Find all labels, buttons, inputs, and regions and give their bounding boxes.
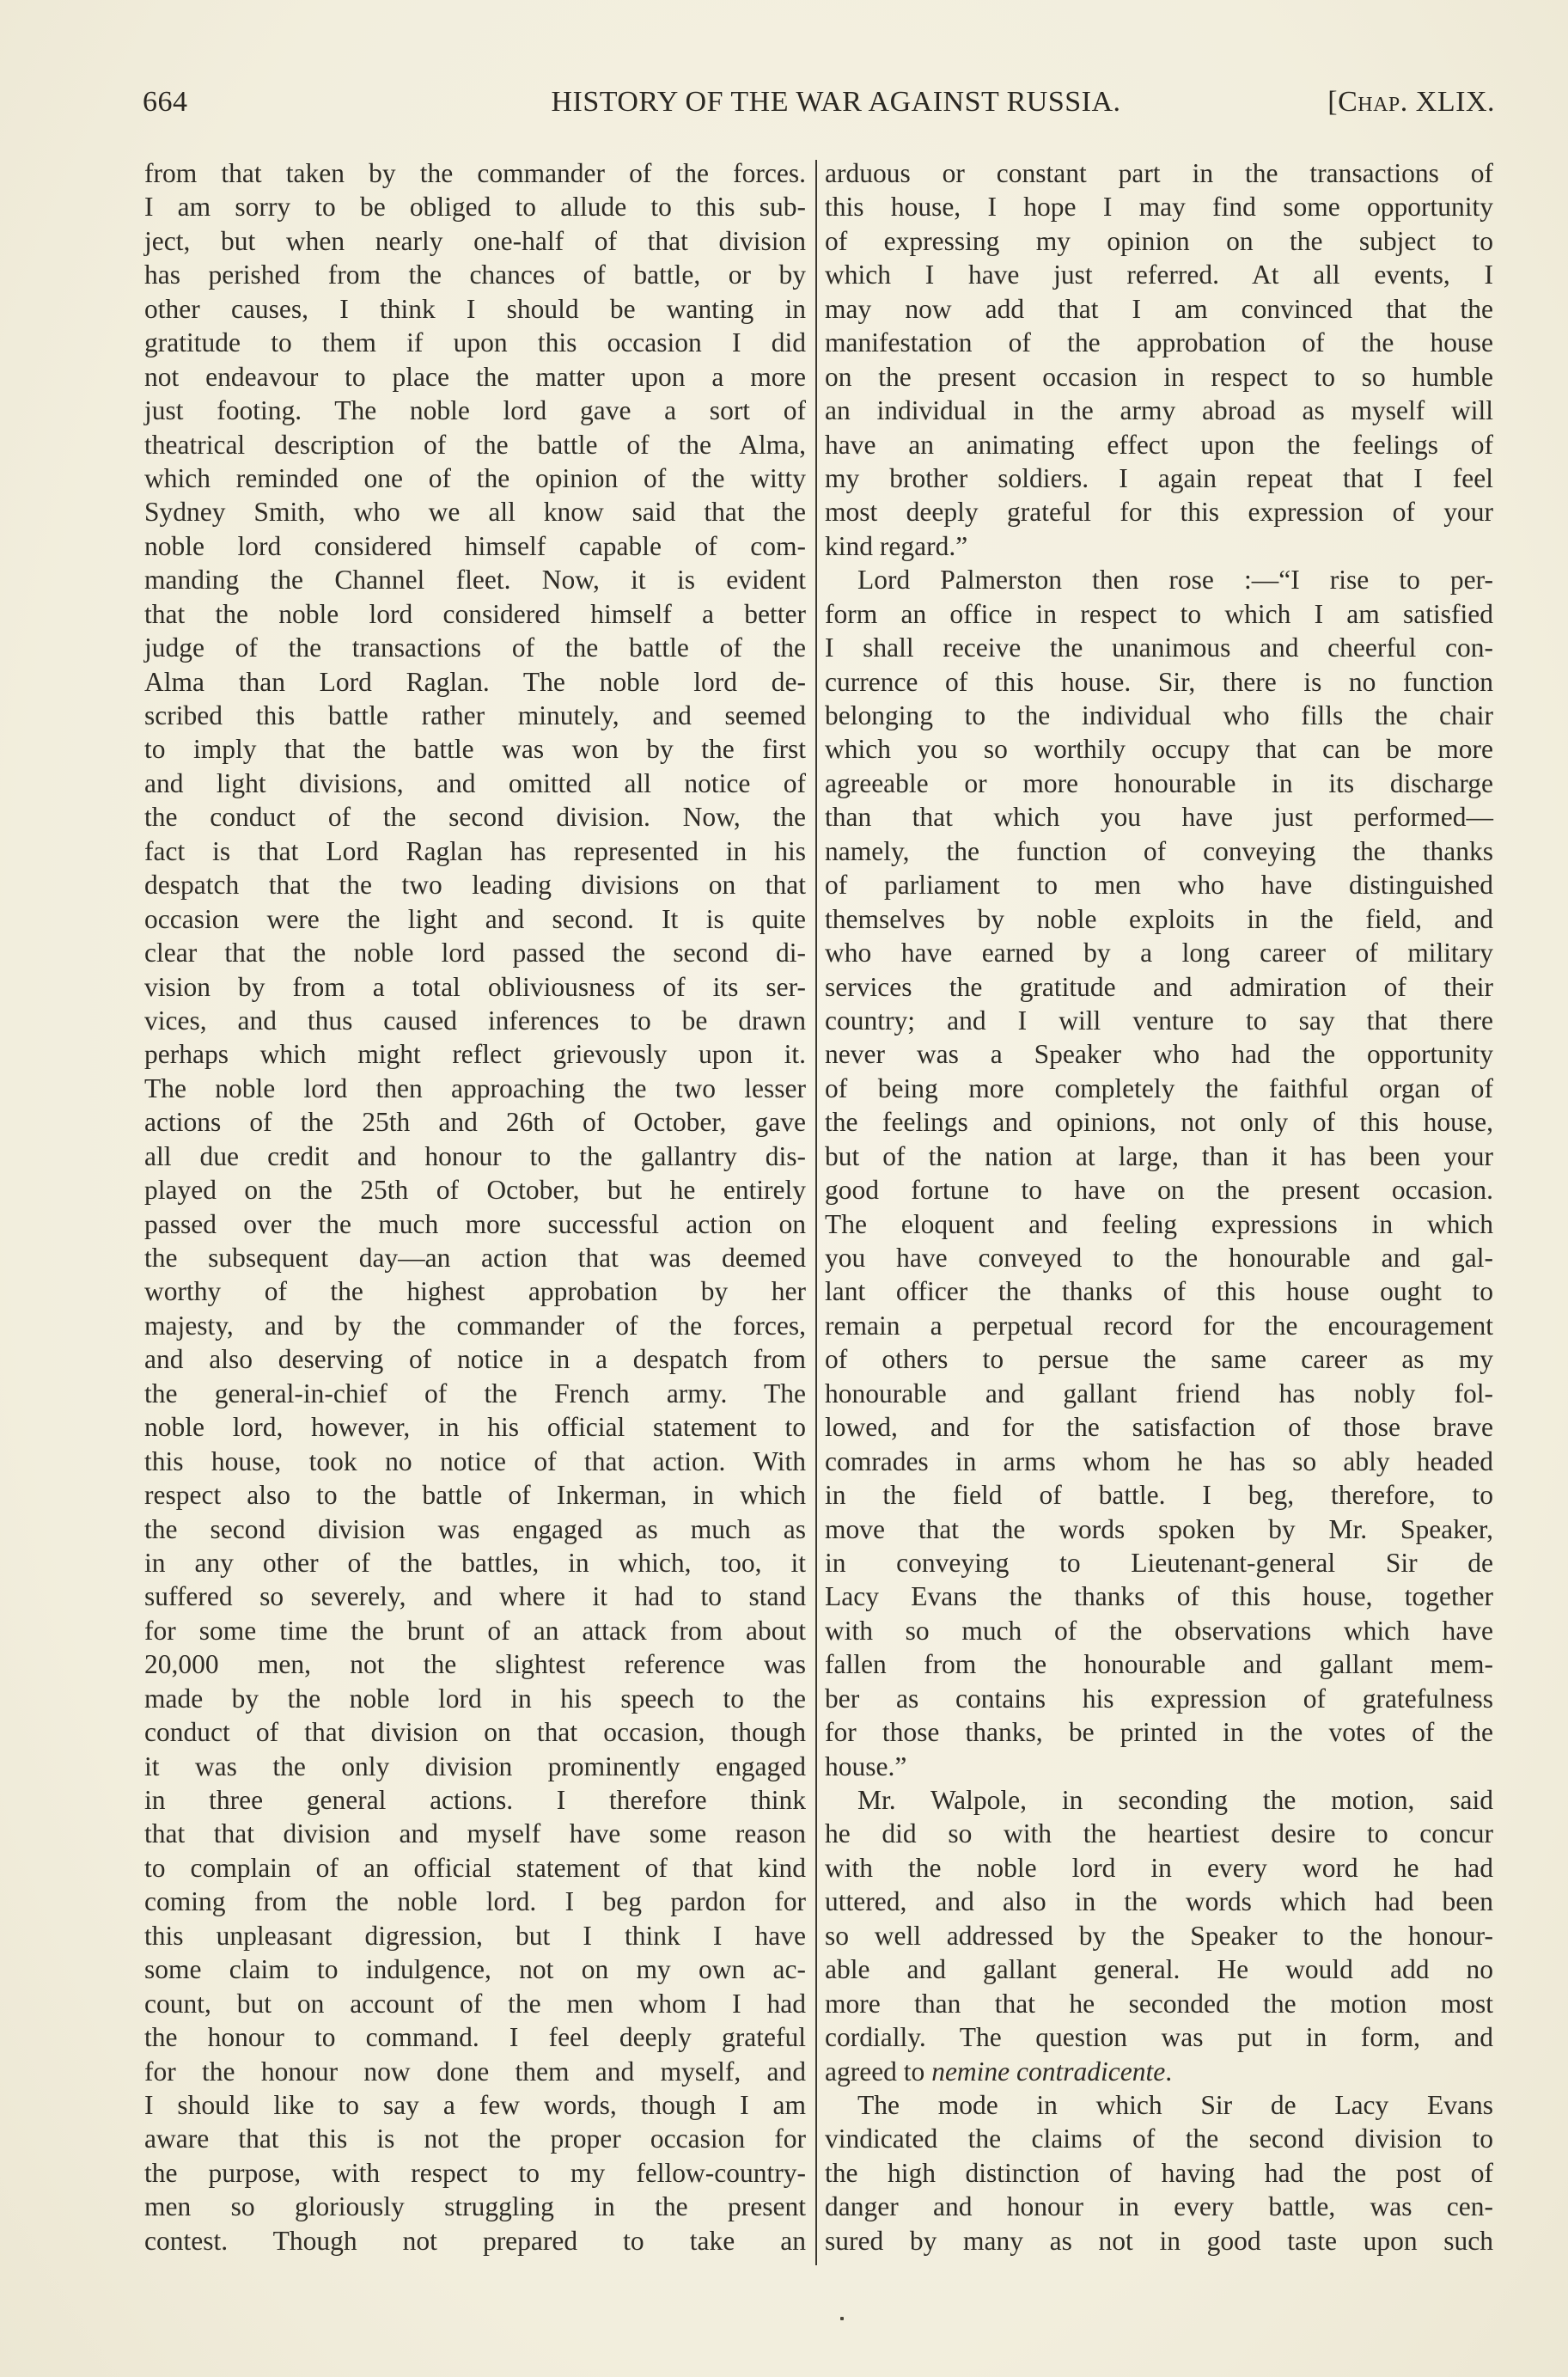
text-line: remain a perpetual record for the encour… <box>825 1309 1493 1342</box>
text-line: all due credit and honour to the gallant… <box>144 1140 806 1173</box>
text-line: other causes, I think I should be wantin… <box>144 292 806 326</box>
text-line: the general-in-chief of the French army.… <box>144 1377 806 1410</box>
text-line: made by the noble lord in his speech to … <box>144 1682 806 1715</box>
text-line: most deeply grateful for this expression… <box>825 495 1493 529</box>
text-line: for some time the brunt of an attack fro… <box>144 1614 806 1647</box>
paragraph-start-line: Lord Palmerston then rose :—“I rise to p… <box>825 563 1493 596</box>
text-line: which I have just referred. At all event… <box>825 258 1493 291</box>
text-line: vision by from a total obliviousness of … <box>144 970 806 1004</box>
text-line: The eloquent and feeling expressions in … <box>825 1207 1493 1241</box>
book-title: HISTORY OF THE WAR AGAINST RUSSIA. <box>143 86 1495 119</box>
column-divider <box>815 160 817 2265</box>
latin-phrase: nemine contradicente <box>931 2056 1165 2087</box>
text-line: actions of the 25th and 26th of October,… <box>144 1105 806 1139</box>
text-line: has perished from the chances of battle,… <box>144 258 806 291</box>
text-line: lowed, and for the satisfaction of those… <box>825 1410 1493 1444</box>
text-line: than that which you have just performed— <box>825 800 1493 834</box>
text-line: themselves by noble exploits in the fiel… <box>825 902 1493 936</box>
text-line: noble lord, however, in his official sta… <box>144 1410 806 1444</box>
text-line: of expressing my opinion on the subject … <box>825 224 1493 258</box>
book-page: 664 HISTORY OF THE WAR AGAINST RUSSIA. [… <box>0 0 1568 2377</box>
text-line: Alma than Lord Raglan. The noble lord de… <box>144 665 806 699</box>
text-line: the conduct of the second division. Now,… <box>144 800 806 834</box>
text-line: never was a Speaker who had the opportun… <box>825 1037 1493 1071</box>
text-line: but of the nation at large, than it has … <box>825 1140 1493 1173</box>
text-line: good fortune to have on the present occa… <box>825 1173 1493 1207</box>
text-line: you have conveyed to the honourable and … <box>825 1241 1493 1274</box>
text-line: ber as contains his expression of gratef… <box>825 1682 1493 1715</box>
text-line: in three general actions. I therefore th… <box>144 1783 806 1817</box>
left-column: from that taken by the commander of the … <box>144 156 806 2258</box>
text-line: my brother soldiers. I again repeat that… <box>825 461 1493 495</box>
text-line: which reminded one of the opinion of the… <box>144 461 806 495</box>
text-line: that that division and myself have some … <box>144 1817 806 1850</box>
text-line: lant officer the thanks of this house ou… <box>825 1274 1493 1308</box>
text-line: so well addressed by the Speaker to the … <box>825 1919 1493 1952</box>
text-line: vindicated the claims of the second divi… <box>825 2122 1493 2155</box>
text-fragment: agreed to <box>825 2056 931 2087</box>
chapter-bracket: [ <box>1327 86 1338 118</box>
text-line: I should like to say a few words, though… <box>144 2088 806 2122</box>
text-line: the high distinction of having had the p… <box>825 2156 1493 2190</box>
text-line: for the honour now done them and myself,… <box>144 2055 806 2088</box>
text-line: this house, took no notice of that actio… <box>144 1445 806 1478</box>
chapter-label: [Chap. XLIX. <box>1327 86 1495 119</box>
text-line: manding the Channel fleet. Now, it is ev… <box>144 563 806 596</box>
text-line: the second division was engaged as much … <box>144 1512 806 1546</box>
text-line: cordially. The question was put in form,… <box>825 2020 1493 2054</box>
text-line: agreeable or more honourable in its disc… <box>825 767 1493 800</box>
text-line: worthy of the highest approbation by her <box>144 1274 806 1308</box>
text-line: fallen from the honourable and gallant m… <box>825 1647 1493 1681</box>
text-line: able and gallant general. He would add n… <box>825 1952 1493 1986</box>
text-line: the subsequent day—an action that was de… <box>144 1241 806 1274</box>
text-line: men so gloriously struggling in the pres… <box>144 2190 806 2223</box>
text-line: to imply that the battle was won by the … <box>144 732 806 766</box>
text-line: Sydney Smith, who we all know said that … <box>144 495 806 529</box>
text-line: more than that he seconded the motion mo… <box>825 1987 1493 2020</box>
text-line: manifestation of the approbation of the … <box>825 326 1493 359</box>
text-line: which you so worthily occupy that can be… <box>825 732 1493 766</box>
running-head: 664 HISTORY OF THE WAR AGAINST RUSSIA. [… <box>143 86 1495 129</box>
text-line: Lacy Evans the thanks of this house, tog… <box>825 1580 1493 1613</box>
text-line: of others to persue the same career as m… <box>825 1342 1493 1376</box>
text-line: the honour to command. I feel deeply gra… <box>144 2020 806 2054</box>
text-line: some claim to indulgence, not on my own … <box>144 1952 806 1986</box>
text-line: ject, but when nearly one-half of that d… <box>144 224 806 258</box>
text-line: I am sorry to be obliged to allude to th… <box>144 190 806 223</box>
text-line: count, but on account of the men whom I … <box>144 1987 806 2020</box>
text-line: uttered, and also in the words which had… <box>825 1885 1493 1918</box>
text-line: gratitude to them if upon this occasion … <box>144 326 806 359</box>
text-line: currence of this house. Sir, there is no… <box>825 665 1493 699</box>
text-line: of being more completely the faithful or… <box>825 1072 1493 1105</box>
text-line: passed over the much more successful act… <box>144 1207 806 1241</box>
text-line: noble lord considered himself capable of… <box>144 529 806 563</box>
text-line: and also deserving of notice in a despat… <box>144 1342 806 1376</box>
text-line: services the gratitude and admiration of… <box>825 970 1493 1004</box>
paragraph-start-line: Mr. Walpole, in seconding the motion, sa… <box>825 1783 1493 1817</box>
text-line: with the noble lord in every word he had <box>825 1851 1493 1885</box>
text-line: to complain of an official statement of … <box>144 1851 806 1885</box>
chapter-number: XLIX. <box>1416 86 1495 118</box>
right-column: arduous or constant part in the transact… <box>825 156 1493 2258</box>
text-line: coming from the noble lord. I beg pardon… <box>144 1885 806 1918</box>
text-line: house.” <box>825 1750 1493 1783</box>
text-line: I shall receive the unanimous and cheerf… <box>825 631 1493 664</box>
text-line: theatrical description of the battle of … <box>144 428 806 461</box>
text-line: aware that this is not the proper occasi… <box>144 2122 806 2155</box>
text-line: country; and I will venture to say that … <box>825 1004 1493 1037</box>
text-line: the feelings and opinions, not only of t… <box>825 1105 1493 1139</box>
text-line: in conveying to Lieutenant-general Sir d… <box>825 1546 1493 1580</box>
text-line: kind regard.” <box>825 529 1493 563</box>
text-line: with so much of the observations which h… <box>825 1614 1493 1647</box>
ink-speck <box>840 2317 844 2320</box>
text-line-with-latin: agreed to nemine contradicente. <box>825 2055 1493 2088</box>
text-line: and light divisions, and omitted all not… <box>144 767 806 800</box>
text-line: he did so with the heartiest desire to c… <box>825 1817 1493 1850</box>
text-line: on the present occasion in respect to so… <box>825 360 1493 394</box>
text-line: The noble lord then approaching the two … <box>144 1072 806 1105</box>
text-line: majesty, and by the commander of the for… <box>144 1309 806 1342</box>
text-line: for those thanks, be printed in the vote… <box>825 1715 1493 1749</box>
text-line: conduct of that division on that occasio… <box>144 1715 806 1749</box>
text-fragment: . <box>1165 2056 1172 2087</box>
text-line: it was the only division prominently eng… <box>144 1750 806 1783</box>
text-line: occasion were the light and second. It i… <box>144 902 806 936</box>
text-line: suffered so severely, and where it had t… <box>144 1580 806 1613</box>
text-line: just footing. The noble lord gave a sort… <box>144 394 806 427</box>
text-line: comrades in arms whom he has so ably hea… <box>825 1445 1493 1478</box>
text-line: this unpleasant digression, but I think … <box>144 1919 806 1952</box>
text-line: in the field of battle. I beg, therefore… <box>825 1478 1493 1512</box>
text-line: the purpose, with respect to my fellow-c… <box>144 2156 806 2190</box>
text-line: not endeavour to place the matter upon a… <box>144 360 806 394</box>
text-line: of parliament to men who have distinguis… <box>825 868 1493 901</box>
text-line: namely, the function of conveying the th… <box>825 834 1493 868</box>
text-line: clear that the noble lord passed the sec… <box>144 936 806 969</box>
text-line: contest. Though not prepared to take an <box>144 2224 806 2258</box>
paragraph-start-line: The mode in which Sir de Lacy Evans <box>825 2088 1493 2122</box>
text-line: honourable and gallant friend has nobly … <box>825 1377 1493 1410</box>
text-line: this house, I hope I may find some oppor… <box>825 190 1493 223</box>
text-line: vices, and thus caused inferences to be … <box>144 1004 806 1037</box>
text-line: who have earned by a long career of mili… <box>825 936 1493 969</box>
text-line: played on the 25th of October, but he en… <box>144 1173 806 1207</box>
text-line: that the noble lord considered himself a… <box>144 597 806 631</box>
text-line: form an office in respect to which I am … <box>825 597 1493 631</box>
text-line: fact is that Lord Raglan has represented… <box>144 834 806 868</box>
text-line: sured by many as not in good taste upon … <box>825 2224 1493 2258</box>
text-line: move that the words spoken by Mr. Speake… <box>825 1512 1493 1546</box>
text-line: scribed this battle rather minutely, and… <box>144 699 806 732</box>
text-line: despatch that the two leading divisions … <box>144 868 806 901</box>
text-line: in any other of the battles, in which, t… <box>144 1546 806 1580</box>
text-line: have an animating effect upon the feelin… <box>825 428 1493 461</box>
text-line: arduous or constant part in the transact… <box>825 156 1493 190</box>
text-line: respect also to the battle of Inkerman, … <box>144 1478 806 1512</box>
chapter-word: Chap. <box>1338 86 1408 118</box>
text-line: may now add that I am convinced that the <box>825 292 1493 326</box>
text-line: perhaps which might reflect grievously u… <box>144 1037 806 1071</box>
text-line: an individual in the army abroad as myse… <box>825 394 1493 427</box>
text-line: danger and honour in every battle, was c… <box>825 2190 1493 2223</box>
text-line: from that taken by the commander of the … <box>144 156 806 190</box>
text-line: judge of the transactions of the battle … <box>144 631 806 664</box>
text-line: 20,000 men, not the slightest reference … <box>144 1647 806 1681</box>
text-line: belonging to the individual who fills th… <box>825 699 1493 732</box>
